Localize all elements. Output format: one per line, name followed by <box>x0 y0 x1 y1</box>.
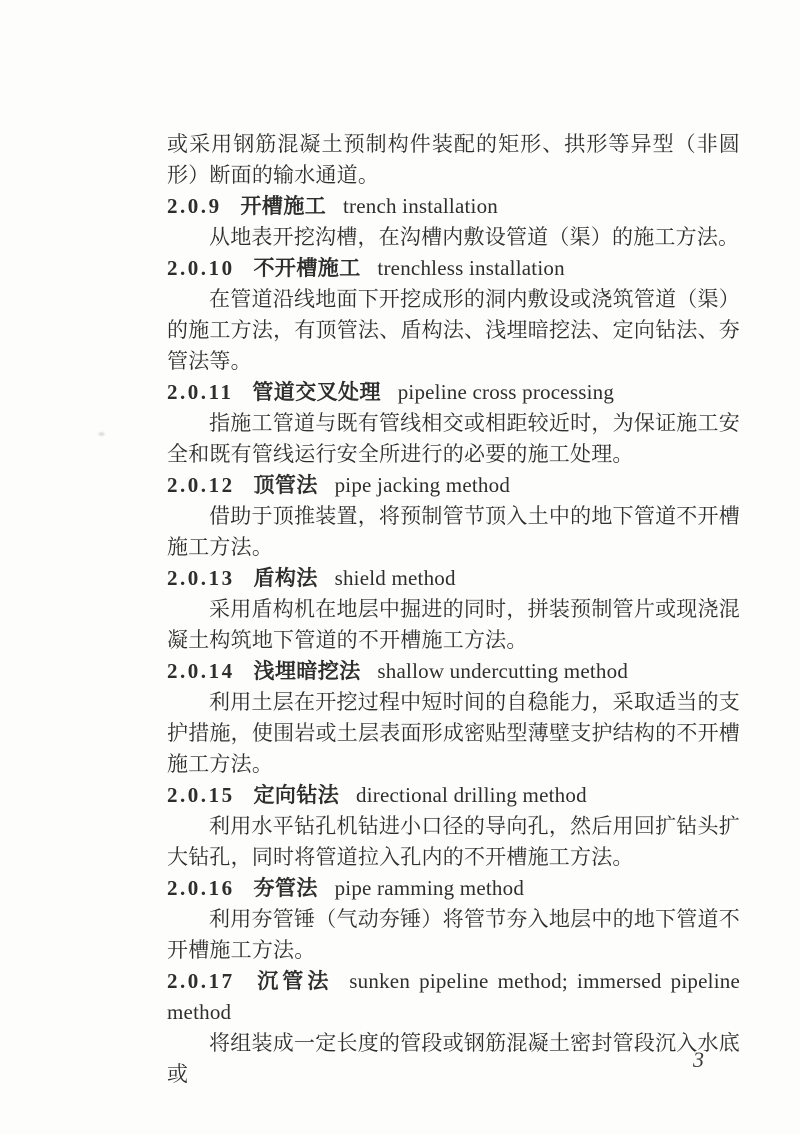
term-english-label: trenchless installation <box>377 256 564 280</box>
term-entry: 2.0.17沉管法sunken pipeline method; immerse… <box>167 966 740 1090</box>
document-page: 或采用钢筋混凝土预制构件装配的矩形、拱形等异型（非圆形）断面的输水通道。 2.0… <box>0 0 800 1135</box>
page-number: 3 <box>693 1046 704 1074</box>
term-heading: 2.0.9开槽施工trench installation <box>167 191 740 222</box>
term-chinese-label: 开槽施工 <box>241 195 327 218</box>
term-definition: 从地表开挖沟槽，在沟槽内敷设管道（渠）的施工方法。 <box>167 222 740 253</box>
term-entry: 2.0.9开槽施工trench installation 从地表开挖沟槽，在沟槽… <box>167 191 740 253</box>
term-heading: 2.0.10不开槽施工trenchless installation <box>167 253 740 284</box>
term-number: 2.0.17 <box>167 969 235 993</box>
term-chinese-label: 定向钻法 <box>254 784 340 807</box>
term-number: 2.0.15 <box>167 783 235 807</box>
term-heading: 2.0.11管道交叉处理pipeline cross processing <box>167 377 740 408</box>
term-heading: 2.0.16夯管法pipe ramming method <box>167 873 740 904</box>
term-english-label: directional drilling method <box>356 783 587 807</box>
term-number: 2.0.11 <box>167 380 233 404</box>
term-heading: 2.0.14浅埋暗挖法shallow undercutting method <box>167 656 740 687</box>
term-chinese-label: 夯管法 <box>254 877 318 900</box>
term-definition: 利用夯管锤（气动夯锤）将管节夯入地层中的地下管道不开槽施工方法。 <box>167 904 740 966</box>
term-number: 2.0.14 <box>167 659 235 683</box>
term-chinese-label: 沉管法 <box>254 970 333 993</box>
term-heading: 2.0.17沉管法sunken pipeline method; immerse… <box>167 966 740 1028</box>
term-entry: 2.0.10不开槽施工trenchless installation 在管道沿线… <box>167 253 740 377</box>
term-definition: 利用土层在开挖过程中短时间的自稳能力，采取适当的支护措施，使围岩或土层表面形成密… <box>167 687 740 780</box>
term-heading: 2.0.15定向钻法directional drilling method <box>167 780 740 811</box>
term-number: 2.0.13 <box>167 566 235 590</box>
term-definition: 指施工管道与既有管线相交或相距较近时，为保证施工安全和既有管线运行安全所进行的必… <box>167 408 740 470</box>
term-english-label: shield method <box>335 566 456 590</box>
term-number: 2.0.16 <box>167 876 235 900</box>
term-number: 2.0.10 <box>167 256 235 280</box>
terminology-text-block: 或采用钢筋混凝土预制构件装配的矩形、拱形等异型（非圆形）断面的输水通道。 2.0… <box>167 129 740 1090</box>
term-definition: 借助于顶推装置，将预制管节顶入土中的地下管道不开槽施工方法。 <box>167 501 740 563</box>
term-entry: 2.0.14浅埋暗挖法shallow undercutting method 利… <box>167 656 740 780</box>
term-entry: 2.0.12顶管法pipe jacking method 借助于顶推装置，将预制… <box>167 470 740 563</box>
term-english-label: pipe ramming method <box>335 876 524 900</box>
term-chinese-label: 浅埋暗挖法 <box>254 660 361 683</box>
term-entry: 2.0.15定向钻法directional drilling method 利用… <box>167 780 740 873</box>
term-english-label: pipe jacking method <box>335 473 510 497</box>
term-english-label: pipeline cross processing <box>398 380 614 404</box>
term-entry: 2.0.13盾构法shield method 采用盾构机在地层中掘进的同时，拼装… <box>167 563 740 656</box>
term-number: 2.0.12 <box>167 473 235 497</box>
term-english-label: sunken pipeline method; immersed pipelin… <box>167 969 740 1024</box>
term-number: 2.0.9 <box>167 194 222 218</box>
term-definition: 将组装成一定长度的管段或钢筋混凝土密封管段沉入水底或 <box>167 1028 740 1090</box>
term-chinese-label: 不开槽施工 <box>254 257 361 280</box>
term-entry: 2.0.11管道交叉处理pipeline cross processing 指施… <box>167 377 740 470</box>
term-chinese-label: 管道交叉处理 <box>252 381 381 404</box>
term-definition: 利用水平钻孔机钻进小口径的导向孔，然后用回扩钻头扩大钻孔，同时将管道拉入孔内的不… <box>167 811 740 873</box>
term-chinese-label: 盾构法 <box>254 567 318 590</box>
term-english-label: shallow undercutting method <box>377 659 628 683</box>
term-heading: 2.0.12顶管法pipe jacking method <box>167 470 740 501</box>
continuation-paragraph: 或采用钢筋混凝土预制构件装配的矩形、拱形等异型（非圆形）断面的输水通道。 <box>167 129 740 191</box>
term-chinese-label: 顶管法 <box>254 474 318 497</box>
term-entry: 2.0.16夯管法pipe ramming method 利用夯管锤（气动夯锤）… <box>167 873 740 966</box>
term-heading: 2.0.13盾构法shield method <box>167 563 740 594</box>
term-definition: 采用盾构机在地层中掘进的同时，拼装预制管片或现浇混凝土构筑地下管道的不开槽施工方… <box>167 594 740 656</box>
scan-speck <box>97 431 106 437</box>
term-definition: 在管道沿线地面下开挖成形的洞内敷设或浇筑管道（渠）的施工方法，有顶管法、盾构法、… <box>167 284 740 377</box>
term-english-label: trench installation <box>343 194 498 218</box>
